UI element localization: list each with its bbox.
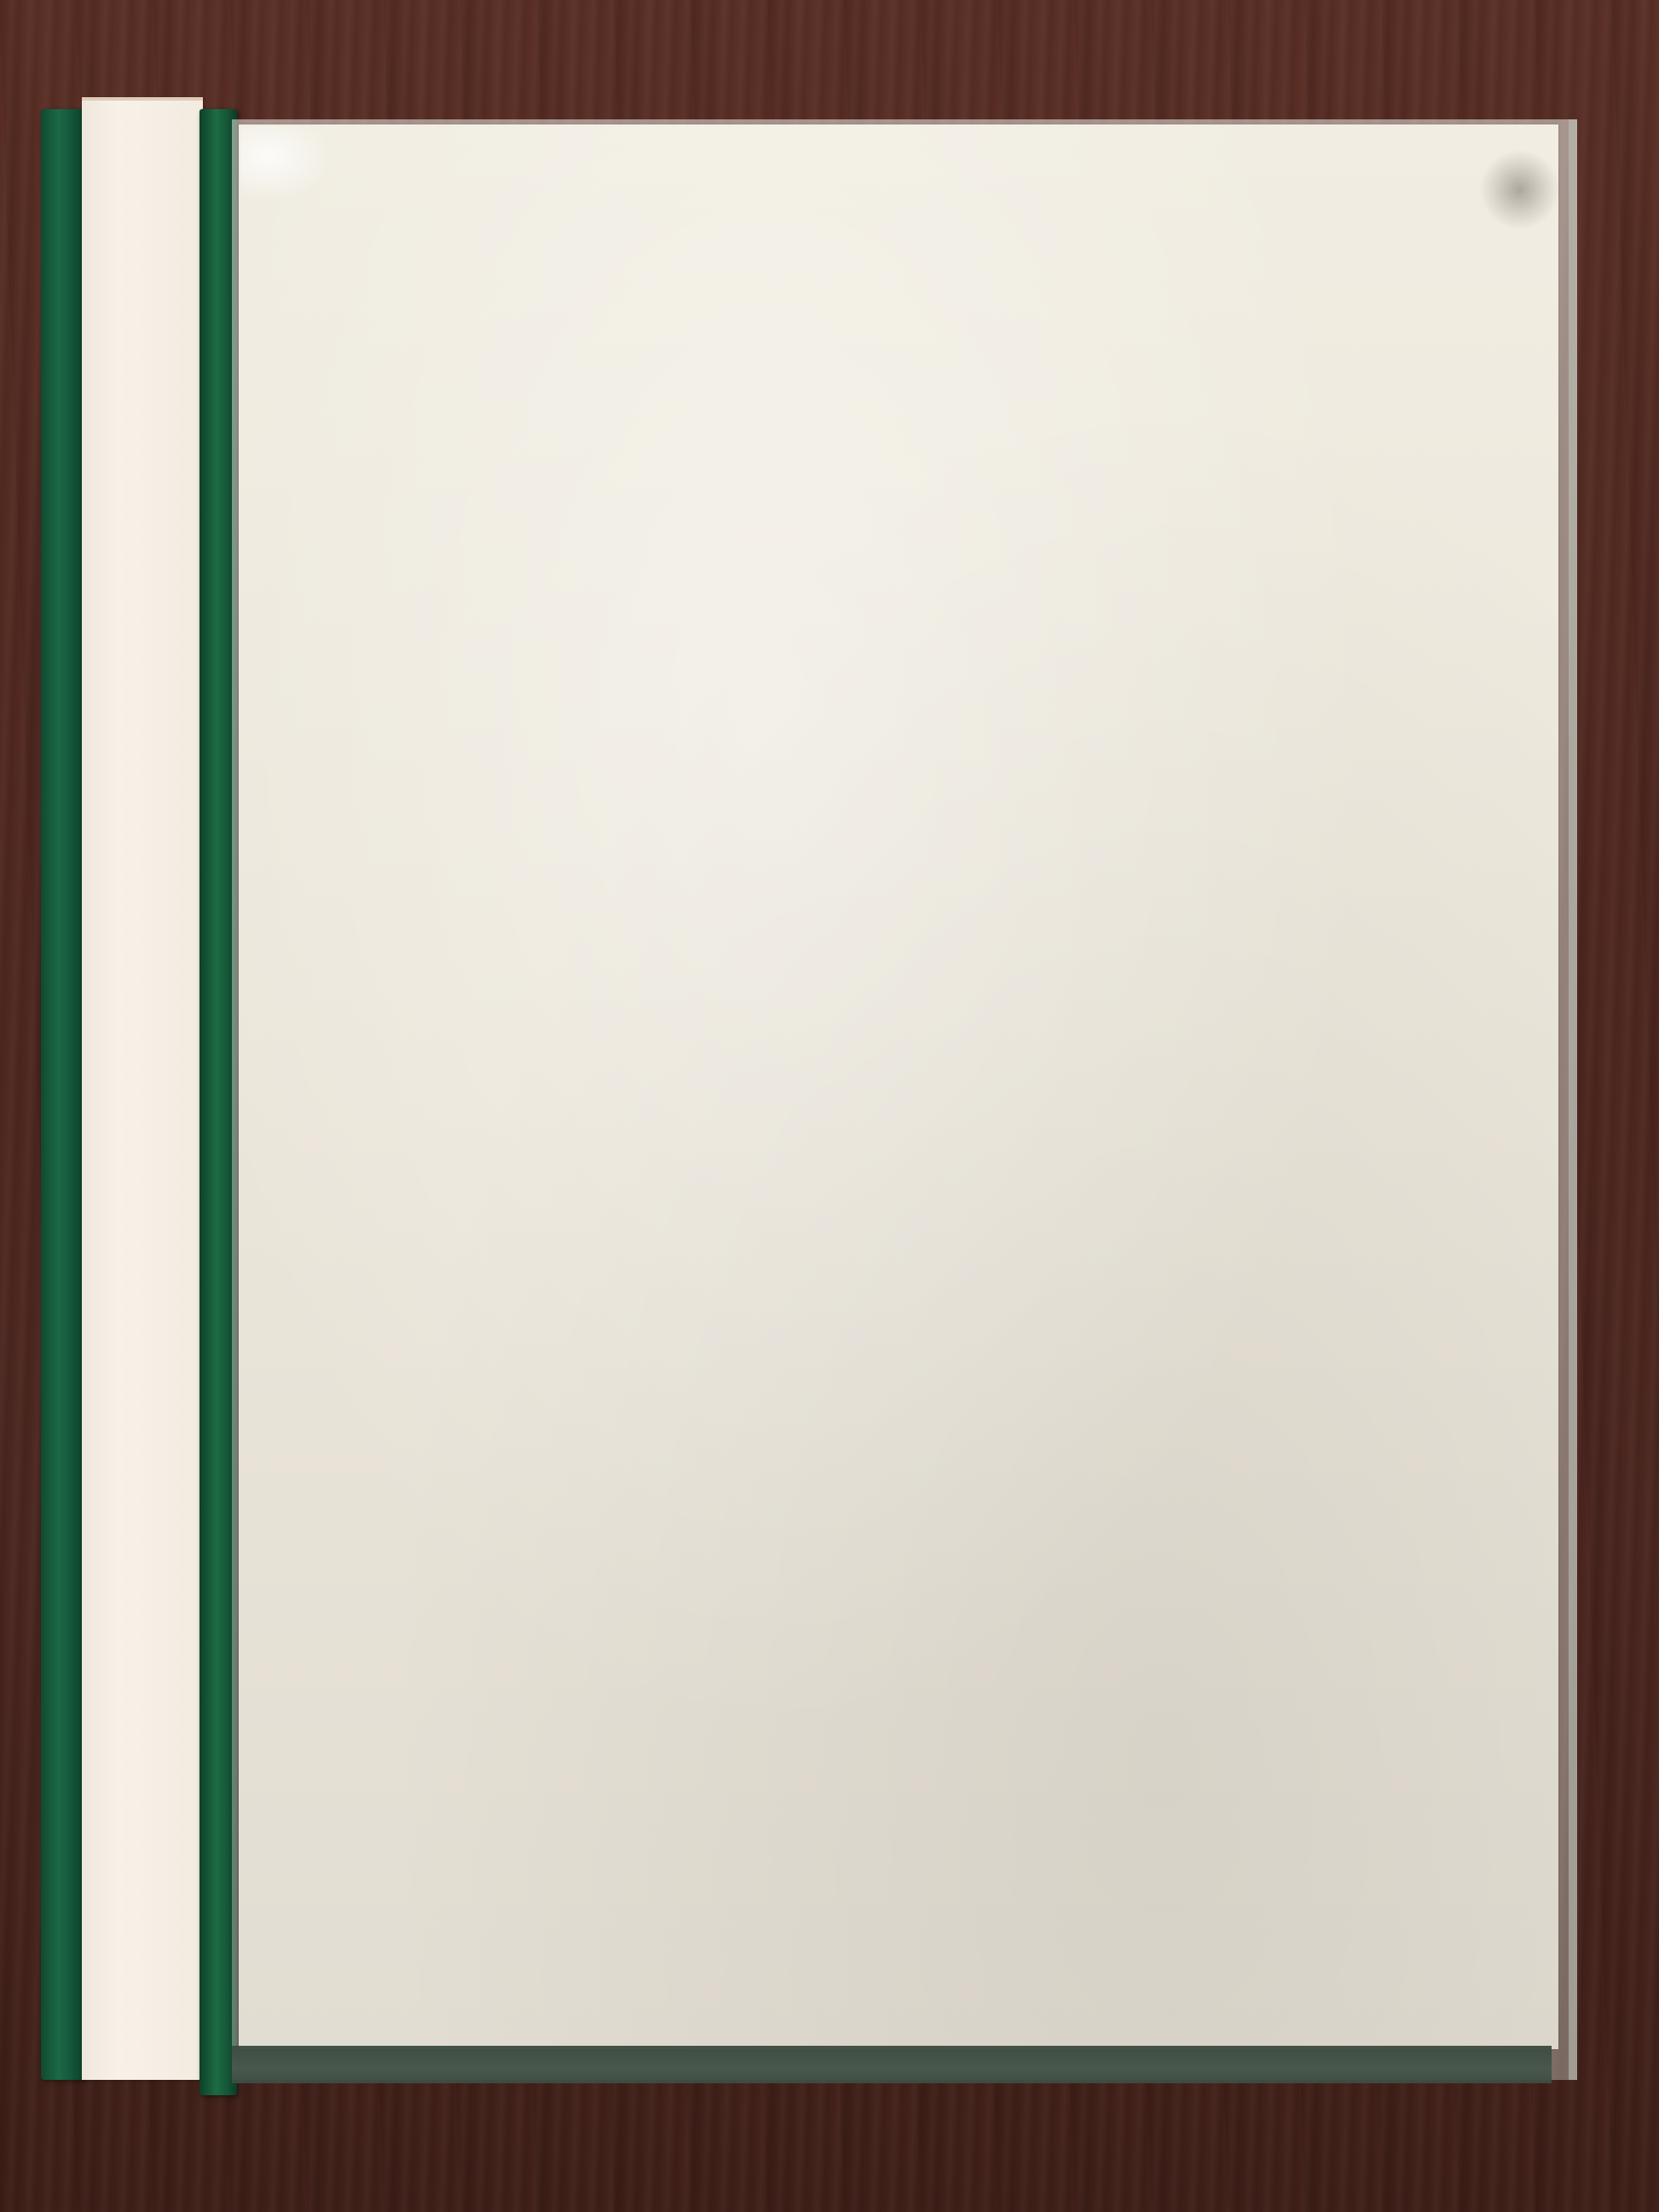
binder-paper-strip xyxy=(82,97,203,2080)
binder-spine-outer xyxy=(41,109,85,2080)
ink-smudge xyxy=(1479,149,1560,230)
typewritten-page xyxy=(239,124,1558,2049)
sleeve-bottom-edge xyxy=(232,2046,1552,2083)
light-glare xyxy=(240,126,334,203)
